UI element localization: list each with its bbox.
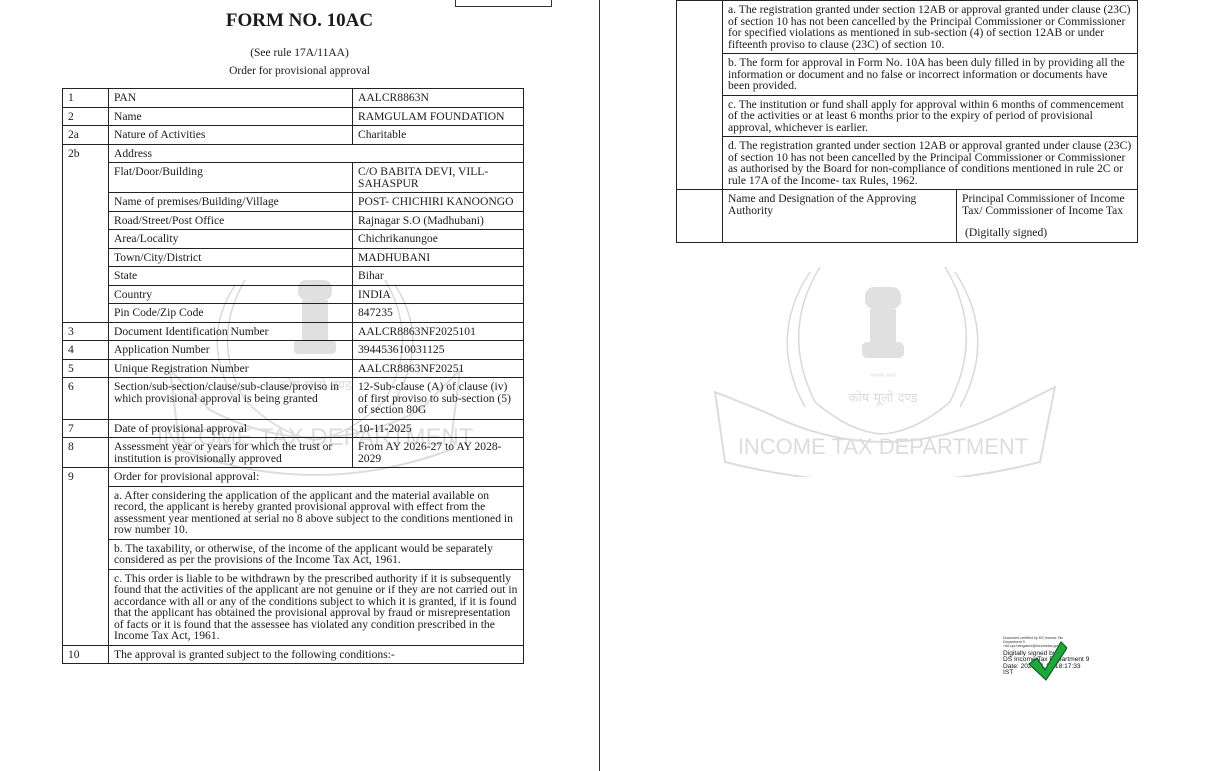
form-title: FORM NO. 10AC xyxy=(0,10,599,32)
table-row-address: 2b Address xyxy=(63,144,524,163)
urn-label: Unique Registration Number xyxy=(109,359,353,378)
address-field-value: MADHUBANI xyxy=(353,248,524,267)
pan-label: PAN xyxy=(109,89,353,108)
order-paragraph-row: c. This order is liable to be withdrawn … xyxy=(63,569,524,645)
authority-label: Name and Designation of the Approving Au… xyxy=(723,190,957,243)
nature-label: Nature of Activities xyxy=(109,126,353,145)
date-label: Date of provisional approval xyxy=(109,419,353,438)
order-paragraph-b: b. The taxability, or otherwise, of the … xyxy=(109,539,524,569)
order-paragraph-row: a. After considering the application of … xyxy=(63,486,524,539)
condition-c: c. The institution or fund shall apply f… xyxy=(723,95,1138,137)
doc-id-value: AALCR8863NF2025101 xyxy=(353,322,524,341)
address-label: Address xyxy=(109,144,524,163)
address-field-value: Rajnagar S.O (Madhubani) xyxy=(353,211,524,230)
address-row: Country INDIA xyxy=(63,285,524,304)
address-field-value: Chichrikanungoe xyxy=(353,230,524,249)
digital-signature-block[interactable]: Document certified by DS Income Tax Depa… xyxy=(1003,636,1103,696)
signature-valid-check-icon xyxy=(1027,640,1067,682)
address-field-label: Area/Locality xyxy=(109,230,353,249)
address-row: State Bihar xyxy=(63,267,524,286)
order-paragraph-a: a. After considering the application of … xyxy=(109,486,524,539)
authority-value: Principal Commissioner of Income Tax/ Co… xyxy=(962,193,1132,216)
row-number-continued xyxy=(677,1,723,190)
approval-details-table: 1 PAN AALCR8863N 2 Name RAMGULAM FOUNDAT… xyxy=(62,88,524,664)
address-field-value: Bihar xyxy=(353,267,524,286)
table-row-pan: 1 PAN AALCR8863N xyxy=(63,89,524,108)
row-number: 10 xyxy=(63,645,109,664)
address-field-label: State xyxy=(109,267,353,286)
address-field-label: Road/Street/Post Office xyxy=(109,211,353,230)
table-row-urn: 5 Unique Registration Number AALCR8863NF… xyxy=(63,359,524,378)
order-paragraph-c: c. This order is liable to be withdrawn … xyxy=(109,569,524,645)
table-row-section: 6 Section/sub-section/clause/sub-clause/… xyxy=(63,378,524,420)
table-row-doc-id: 3 Document Identification Number AALCR88… xyxy=(63,322,524,341)
address-field-label: Pin Code/Zip Code xyxy=(109,304,353,323)
address-row: Town/City/District MADHUBANI xyxy=(63,248,524,267)
page-1: FORM NO. 10AC (See rule 17A/11AA) Order … xyxy=(0,0,599,771)
row-number: 4 xyxy=(63,341,109,360)
condition-row: b. The form for approval in Form No. 10A… xyxy=(677,54,1138,96)
order-label: Order for provisional approval: xyxy=(109,468,524,487)
ay-label: Assessment year or years for which the t… xyxy=(109,438,353,468)
table-row-order: 9 Order for provisional approval: xyxy=(63,468,524,487)
address-field-label: Flat/Door/Building xyxy=(109,163,353,193)
address-field-value: 847235 xyxy=(353,304,524,323)
condition-d: d. The registration granted under sectio… xyxy=(723,137,1138,190)
table-row-name: 2 Name RAMGULAM FOUNDATION xyxy=(63,107,524,126)
row-number: 1 xyxy=(63,89,109,108)
address-row: Name of premises/Building/Village POST- … xyxy=(63,193,524,212)
row-number: 2b xyxy=(63,144,109,322)
address-row: Area/Locality Chichrikanungoe xyxy=(63,230,524,249)
order-paragraph-row: b. The taxability, or otherwise, of the … xyxy=(63,539,524,569)
row-number: 7 xyxy=(63,419,109,438)
address-row: Pin Code/Zip Code 847235 xyxy=(63,304,524,323)
header-box xyxy=(455,0,552,7)
table-row-conditions: 10 The approval is granted subject to th… xyxy=(63,645,524,664)
form-subtitle: Order for provisional approval xyxy=(0,65,599,77)
address-field-label: Name of premises/Building/Village xyxy=(109,193,353,212)
nature-value: Charitable xyxy=(353,126,524,145)
app-no-label: Application Number xyxy=(109,341,353,360)
address-field-value: C/O BABITA DEVI, VILL-SAHASPUR xyxy=(353,163,524,193)
condition-b: b. The form for approval in Form No. 10A… xyxy=(723,54,1138,96)
section-label: Section/sub-section/clause/sub-clause/pr… xyxy=(109,378,353,420)
name-value: RAMGULAM FOUNDATION xyxy=(353,107,524,126)
urn-value: AALCR8863NF20251 xyxy=(353,359,524,378)
row-number: 2 xyxy=(63,107,109,126)
pan-value: AALCR8863N xyxy=(353,89,524,108)
row-number: 5 xyxy=(63,359,109,378)
address-row: Flat/Door/Building C/O BABITA DEVI, VILL… xyxy=(63,163,524,193)
address-field-value: POST- CHICHIRI KANOONGO xyxy=(353,193,524,212)
table-row-ay: 8 Assessment year or years for which the… xyxy=(63,438,524,468)
app-no-value: 394453610031125 xyxy=(353,341,524,360)
table-row-date: 7 Date of provisional approval 10-11-202… xyxy=(63,419,524,438)
condition-a: a. The registration granted under sectio… xyxy=(723,1,1138,54)
table-row-app-no: 4 Application Number 394453610031125 xyxy=(63,341,524,360)
authority-value-cell: Principal Commissioner of Income Tax/ Co… xyxy=(957,190,1138,243)
rule-reference: (See rule 17A/11AA) xyxy=(0,47,599,59)
address-field-label: Country xyxy=(109,285,353,304)
row-number: 6 xyxy=(63,378,109,420)
row-number-empty xyxy=(677,190,723,243)
condition-row: d. The registration granted under sectio… xyxy=(677,137,1138,190)
row-number: 8 xyxy=(63,438,109,468)
name-label: Name xyxy=(109,107,353,126)
section-value: 12-Sub-clause (A) of clause (iv) of firs… xyxy=(353,378,524,420)
ay-value: From AY 2026-27 to AY 2028-2029 xyxy=(353,438,524,468)
digitally-signed-note: (Digitally signed) xyxy=(962,227,1132,239)
address-field-value: INDIA xyxy=(353,285,524,304)
row-number: 3 xyxy=(63,322,109,341)
table-row-authority: Name and Designation of the Approving Au… xyxy=(677,190,1138,243)
conditions-table: a. The registration granted under sectio… xyxy=(676,0,1138,243)
address-row: Road/Street/Post Office Rajnagar S.O (Ma… xyxy=(63,211,524,230)
condition-row: a. The registration granted under sectio… xyxy=(677,1,1138,54)
table-row-nature: 2a Nature of Activities Charitable xyxy=(63,126,524,145)
condition-row: c. The institution or fund shall apply f… xyxy=(677,95,1138,137)
date-value: 10-11-2025 xyxy=(353,419,524,438)
row-number: 9 xyxy=(63,468,109,646)
doc-id-label: Document Identification Number xyxy=(109,322,353,341)
conditions-label: The approval is granted subject to the f… xyxy=(109,645,524,664)
address-field-label: Town/City/District xyxy=(109,248,353,267)
row-number: 2a xyxy=(63,126,109,145)
